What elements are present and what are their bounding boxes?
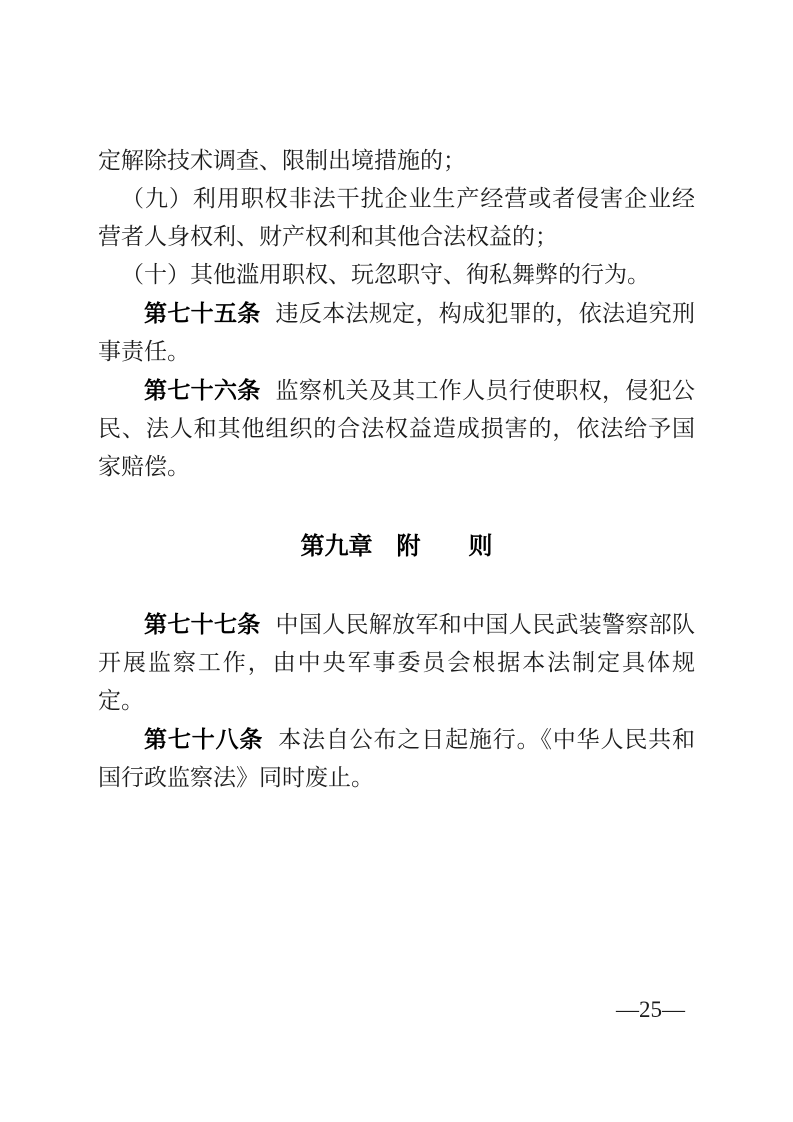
body-paragraph: （九）利用职权非法干扰企业生产经营或者侵害企业经营者人身权利、财产权利和其他合法… bbox=[98, 180, 695, 256]
article-paragraph: 第七十六条监察机关及其工作人员行使职权，侵犯公民、法人和其他组织的合法权益造成损… bbox=[98, 371, 695, 486]
body-paragraph: （十）其他滥用职权、玩忽职守、徇私舞弊的行为。 bbox=[98, 256, 695, 294]
chapter-heading: 第九章 附 则 bbox=[98, 528, 695, 566]
article-number: 第七十六条 bbox=[144, 377, 261, 403]
document-page: 定解除技术调查、限制出境措施的；（九）利用职权非法干扰企业生产经营或者侵害企业经… bbox=[0, 0, 793, 1122]
body-paragraph: 定解除技术调查、限制出境措施的； bbox=[98, 142, 695, 180]
document-body: 定解除技术调查、限制出境措施的；（九）利用职权非法干扰企业生产经营或者侵害企业经… bbox=[98, 142, 695, 797]
article-paragraph: 第七十五条违反本法规定，构成犯罪的，依法追究刑事责任。 bbox=[98, 294, 695, 371]
article-number: 第七十八条 bbox=[144, 726, 263, 752]
article-paragraph: 第七十八条本法自公布之日起施行。《中华人民共和国行政监察法》同时废止。 bbox=[98, 720, 695, 797]
article-number: 第七十五条 bbox=[144, 300, 261, 326]
article-number: 第七十七条 bbox=[144, 611, 261, 637]
article-paragraph: 第七十七条中国人民解放军和中国人民武装警察部队开展监察工作，由中央军事委员会根据… bbox=[98, 605, 695, 720]
page-number: —25— bbox=[616, 997, 685, 1023]
